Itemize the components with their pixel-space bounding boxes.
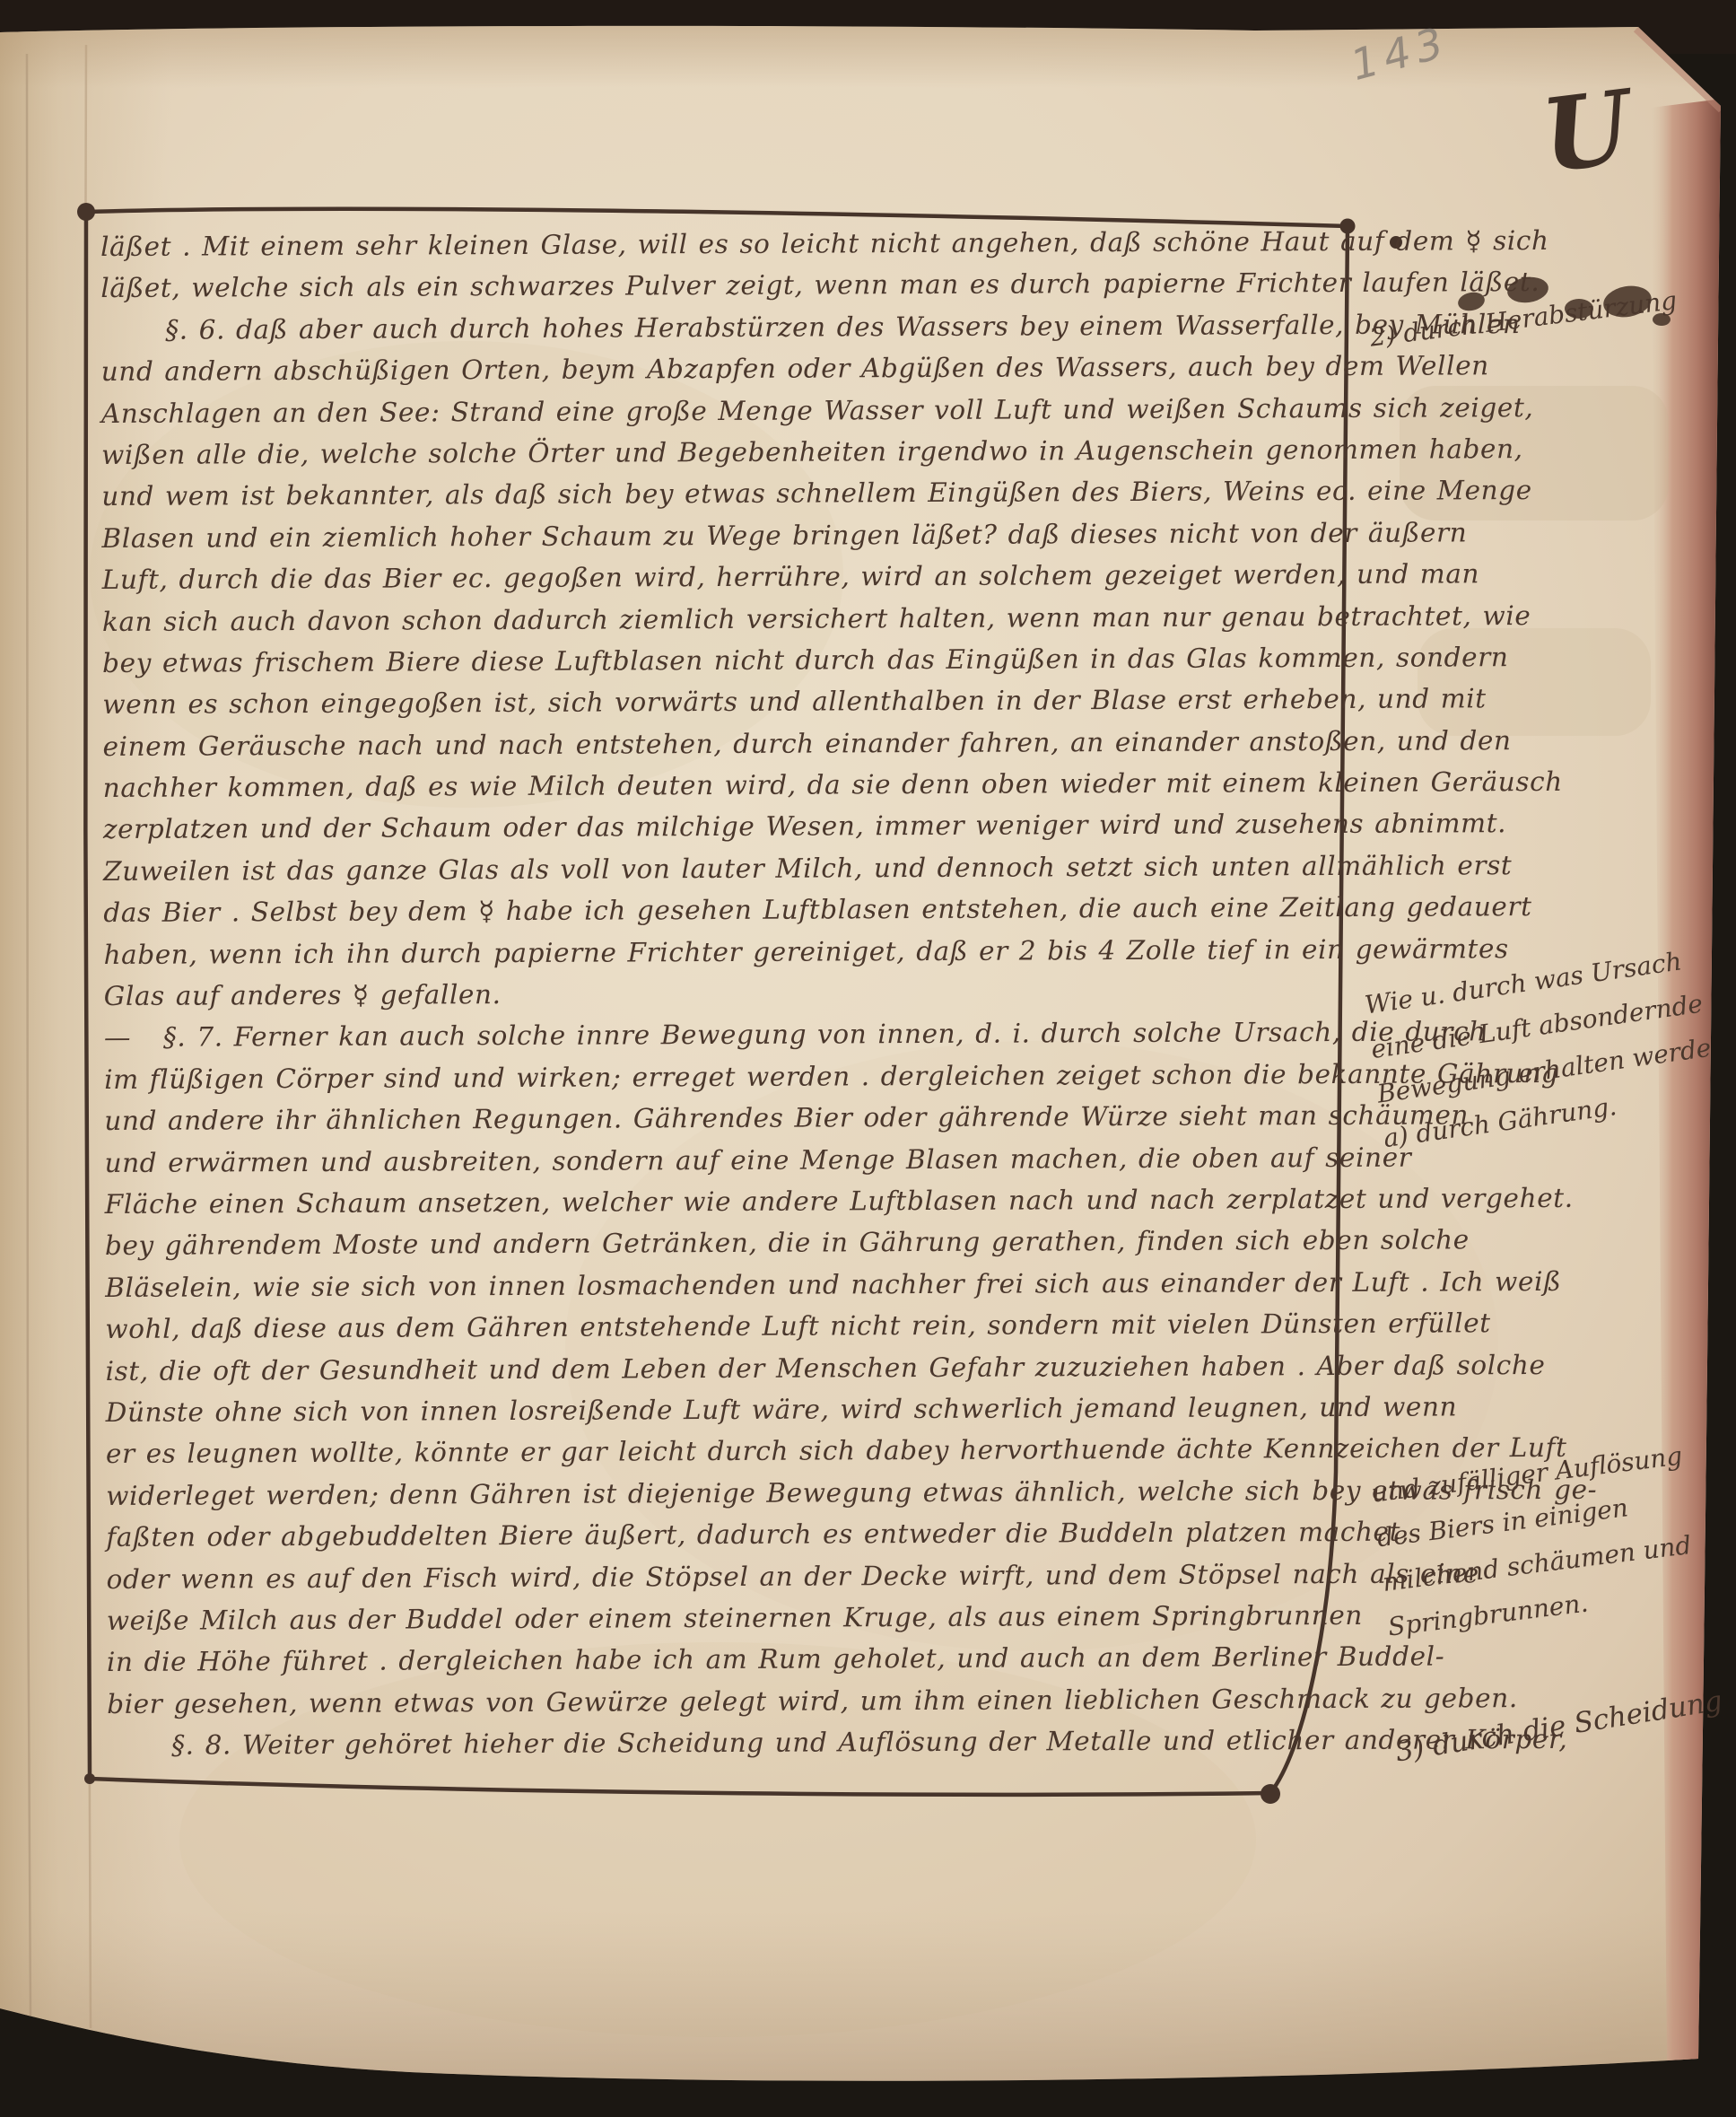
manuscript-line: in die Höhe führet . dergleichen habe ic… [107, 1636, 1381, 1684]
manuscript-line: Fläche einen Schaum ansetzen, welcher wi… [105, 1178, 1379, 1226]
manuscript-line: und wem ist bekannter, als daß sich bey … [101, 470, 1375, 518]
manuscript-line: läßet, welche sich als ein schwarzes Pul… [100, 262, 1374, 310]
manuscript-line: wohl, daß diese aus dem Gähren entstehen… [105, 1303, 1379, 1351]
manuscript-line: §. 6. daß aber auch durch hohes Herabstü… [100, 304, 1374, 352]
manuscript-line: nachher kommen, daß es wie Milch deuten … [103, 762, 1377, 809]
manuscript-line: faßten oder abgebuddelten Biere äußert, … [106, 1511, 1380, 1559]
manuscript-line: er es leugnen wollte, könnte er gar leic… [106, 1428, 1380, 1475]
manuscript-line: wenn es schon eingegoßen ist, sich vorwä… [102, 678, 1376, 726]
margin-note-aufloesung: und zufälliger Auflösungdes Biers in ein… [1369, 1434, 1701, 1650]
manuscript-line: bey gährendem Moste und andern Getränken… [105, 1220, 1379, 1267]
manuscript-line: bey etwas frischem Biere diese Luftblase… [102, 637, 1376, 685]
body-text: läßet . Mit einem sehr kleinen Glase, wi… [100, 221, 1381, 1767]
manuscript-line: Anschlagen an den See: Strand eine große… [101, 387, 1375, 434]
manuscript-line: §. 8. Weiter gehöret hieher die Scheidun… [107, 1719, 1381, 1767]
manuscript-line: und andere ihr ähnlichen Regungen. Gähre… [104, 1095, 1378, 1142]
manuscript-line: im flüßigen Cörper sind und wirken; erre… [104, 1054, 1378, 1101]
manuscript-line: haben, wenn ich ihn durch papierne Frich… [103, 928, 1377, 975]
manuscript-line: oder wenn es auf den Fisch wird, die Stö… [106, 1553, 1380, 1600]
manuscript-line: widerleget werden; denn Gähren ist dieje… [106, 1470, 1380, 1518]
manuscript-line: einem Geräusche nach und nach entstehen,… [102, 720, 1376, 767]
manuscript-line: kan sich auch davon schon dadurch ziemli… [102, 595, 1376, 643]
manuscript-line: — §. 7. Ferner kan auch solche innre Bew… [104, 1011, 1378, 1059]
manuscript-line: das Bier . Selbst bey dem ☿ habe ich ges… [103, 887, 1377, 934]
manuscript-line: Blasen und ein ziemlich hoher Schaum zu … [101, 512, 1375, 560]
manuscript-line: weiße Milch aus der Buddel oder einem st… [107, 1595, 1381, 1642]
manuscript-line: Luft, durch die das Bier ec. gegoßen wir… [102, 554, 1376, 601]
gathering-letter: U [1536, 69, 1634, 196]
manuscript-line: und erwärmen und ausbreiten, sondern auf… [104, 1136, 1378, 1184]
manuscript-line: ist, die oft der Gesundheit und dem Lebe… [105, 1344, 1379, 1392]
manuscript-scan: 143 U läßet . Mit einem sehr kleinen Gla… [0, 0, 1736, 2117]
manuscript-line: wißen alle die, welche solche Örter und … [101, 429, 1375, 477]
manuscript-line: läßet . Mit einem sehr kleinen Glase, wi… [100, 221, 1374, 268]
manuscript-line: Zuweilen ist das ganze Glas als voll von… [103, 845, 1377, 893]
manuscript-line: bier gesehen, wenn etwas von Gewürze gel… [107, 1677, 1381, 1725]
manuscript-line: zerplatzen und der Schaum oder das milch… [103, 803, 1377, 851]
manuscript-line: Dünste ohne sich von innen losreißende L… [106, 1387, 1380, 1434]
manuscript-line: und andern abschüßigen Orten, beym Abzap… [101, 346, 1375, 393]
manuscript-line: Glas auf anderes ☿ gefallen. [104, 970, 1378, 1018]
manuscript-line: Bläselein, wie sie sich von innen losmac… [105, 1262, 1379, 1309]
